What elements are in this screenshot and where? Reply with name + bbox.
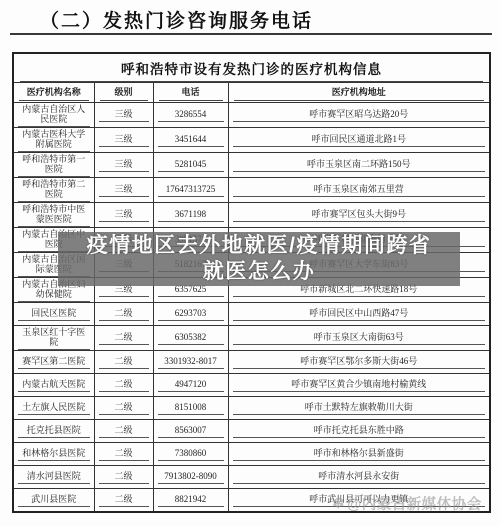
hospital-name: 内蒙古自治区人民医院 — [18, 103, 90, 127]
hospital-address: 呼市赛罕区昭乌达路20号 — [233, 108, 486, 122]
caption-line-2: 就医怎么办 — [203, 259, 316, 285]
snowflake-badge-icon: ❄ — [332, 496, 345, 511]
hospital-level: 三级 — [99, 158, 149, 172]
hospital-name: 内蒙古航天医院 — [18, 378, 90, 392]
hospital-address: 呼市玉泉区南郊五里营 — [233, 183, 486, 197]
hospital-address: 呼市和林格尔县新盛街 — [233, 447, 486, 461]
hospital-level: 二级 — [99, 493, 149, 507]
hospital-name: 回民区医院 — [18, 307, 90, 321]
hospital-name: 和林格尔县医院 — [18, 447, 90, 461]
table-row: 托克托县医院 二级 8563007 呼市托克托县东胜中路 — [13, 420, 490, 443]
watermark-text: @内蒙古新媒体协会 — [347, 493, 482, 514]
hospital-phone: 3671198 — [158, 208, 224, 222]
hospital-level: 二级 — [99, 447, 149, 461]
hospital-address: 呼市赛罕区黄合少镇南地村榆黄线 — [233, 378, 486, 392]
table-row: 内蒙古自治区人民医院 三级 3286554 呼市赛罕区昭乌达路20号 — [13, 103, 490, 128]
hospital-phone: 8563007 — [158, 424, 224, 438]
table-row: 回民区医院 二级 6293703 呼市回民区中山西路47号 — [13, 303, 490, 326]
column-header-name: 医疗机构名称 — [19, 84, 89, 101]
hospital-name: 武川县医院 — [18, 493, 90, 507]
table-row: 呼和浩特市中医蒙医医院 三级 3671198 呼市赛罕区包头大街9号 — [13, 203, 490, 228]
table-title-row: 呼和浩特市设有发热门诊的医疗机构信息 — [13, 53, 490, 83]
hospital-name: 呼和浩特市第二医院 — [18, 178, 90, 202]
hospital-phone: 6293703 — [158, 307, 224, 321]
table-row: 和林格尔县医院 二级 7380860 呼市和林格尔县新盛街 — [13, 443, 490, 466]
hospital-name: 内蒙古医科大学附属医院 — [18, 128, 90, 152]
hospital-level: 二级 — [99, 331, 149, 345]
hospital-name: 呼和浩特市中医蒙医医院 — [18, 203, 90, 227]
table-row: 内蒙古医科大学附属医院 三级 3451644 呼市回民区通道北路1号 — [13, 128, 490, 153]
hospital-name: 玉泉区红十字医院 — [18, 326, 90, 350]
column-header-address: 医疗机构地址 — [234, 84, 485, 101]
hospital-address: 呼市清水河县永安街 — [233, 470, 486, 484]
hospital-level: 三级 — [99, 208, 149, 222]
hospital-phone: 7380860 — [158, 447, 224, 461]
hospital-address: 呼市回民区通道北路1号 — [233, 133, 486, 147]
hospital-address: 呼市土默特左旗敕勒川大街 — [233, 401, 486, 415]
hospital-address: 呼市赛罕区鄂尔多斯大街46号 — [233, 355, 486, 369]
column-header-level: 级别 — [100, 84, 148, 101]
hospital-level: 二级 — [99, 401, 149, 415]
hospital-address: 呼市玉泉区大南街63号 — [233, 331, 486, 345]
page-title: （二）发热门诊咨询服务电话 — [40, 6, 313, 33]
table-row: 玉泉区红十字医院 二级 6305382 呼市玉泉区大南街63号 — [13, 326, 490, 351]
caption-line-1: 疫情地区去外地就医/疫情期间跨省 — [87, 233, 432, 259]
caption-overlay-banner: 疫情地区去外地就医/疫情期间跨省 就医怎么办 — [58, 232, 460, 286]
hospital-level: 二级 — [99, 307, 149, 321]
column-header-phone: 电话 — [159, 84, 223, 101]
hospital-name: 托克托县医院 — [18, 424, 90, 438]
table-title: 呼和浩特市设有发热门诊的医疗机构信息 — [20, 57, 483, 82]
hospital-address: 呼市回民区中山西路47号 — [233, 307, 486, 321]
hospital-address: 呼市玉泉区南二环路150号 — [233, 158, 486, 172]
hospital-phone: 3286554 — [158, 108, 224, 122]
watermark: ❄ @内蒙古新媒体协会 — [332, 493, 482, 514]
hospital-phone: 8821942 — [158, 493, 224, 507]
hospital-phone: 5281045 — [158, 158, 224, 172]
hospital-address: 呼市托克托县东胜中路 — [233, 424, 486, 438]
hospital-level: 二级 — [99, 355, 149, 369]
hospital-address: 呼市赛罕区包头大街9号 — [233, 208, 486, 222]
table-row: 赛罕区第二医院 二级 3301932-8017 呼市赛罕区鄂尔多斯大街46号 — [13, 351, 490, 374]
table-row: 呼和浩特市第一医院 三级 5281045 呼市玉泉区南二环路150号 — [13, 153, 490, 178]
hospital-name: 赛罕区第二医院 — [18, 355, 90, 369]
hospital-phone: 17647313725 — [158, 183, 224, 197]
table-header-row: 医疗机构名称 级别 电话 医疗机构地址 — [13, 83, 490, 103]
hospital-level: 二级 — [99, 424, 149, 438]
hospital-level: 三级 — [99, 108, 149, 122]
hospital-level: 三级 — [99, 183, 149, 197]
hospital-level: 二级 — [99, 378, 149, 392]
hospital-level: 二级 — [99, 470, 149, 484]
table-row: 土左旗人民医院 二级 8151008 呼市土默特左旗敕勒川大街 — [13, 397, 490, 420]
table-row: 内蒙古航天医院 二级 4947120 呼市赛罕区黄合少镇南地村榆黄线 — [13, 374, 490, 397]
hospital-phone: 6305382 — [158, 331, 224, 345]
hospital-phone: 8151008 — [158, 401, 224, 415]
hospital-name: 呼和浩特市第一医院 — [18, 153, 90, 177]
hospital-phone: 3451644 — [158, 133, 224, 147]
table-row: 呼和浩特市第二医院 三级 17647313725 呼市玉泉区南郊五里营 — [13, 178, 490, 203]
hospital-phone: 4947120 — [158, 378, 224, 392]
hospital-phone: 3301932-8017 — [158, 355, 224, 369]
table-row: 清水河县医院 二级 7913802-8090 呼市清水河县永安街 — [13, 466, 490, 489]
hospital-level: 三级 — [99, 133, 149, 147]
table-body: 内蒙古自治区人民医院 三级 3286554 呼市赛罕区昭乌达路20号 内蒙古医科… — [13, 103, 490, 513]
hospital-name: 清水河县医院 — [18, 470, 90, 484]
hospital-phone: 7913802-8090 — [158, 470, 224, 484]
hospital-name: 土左旗人民医院 — [18, 401, 90, 415]
title-underline-rule — [10, 33, 492, 35]
